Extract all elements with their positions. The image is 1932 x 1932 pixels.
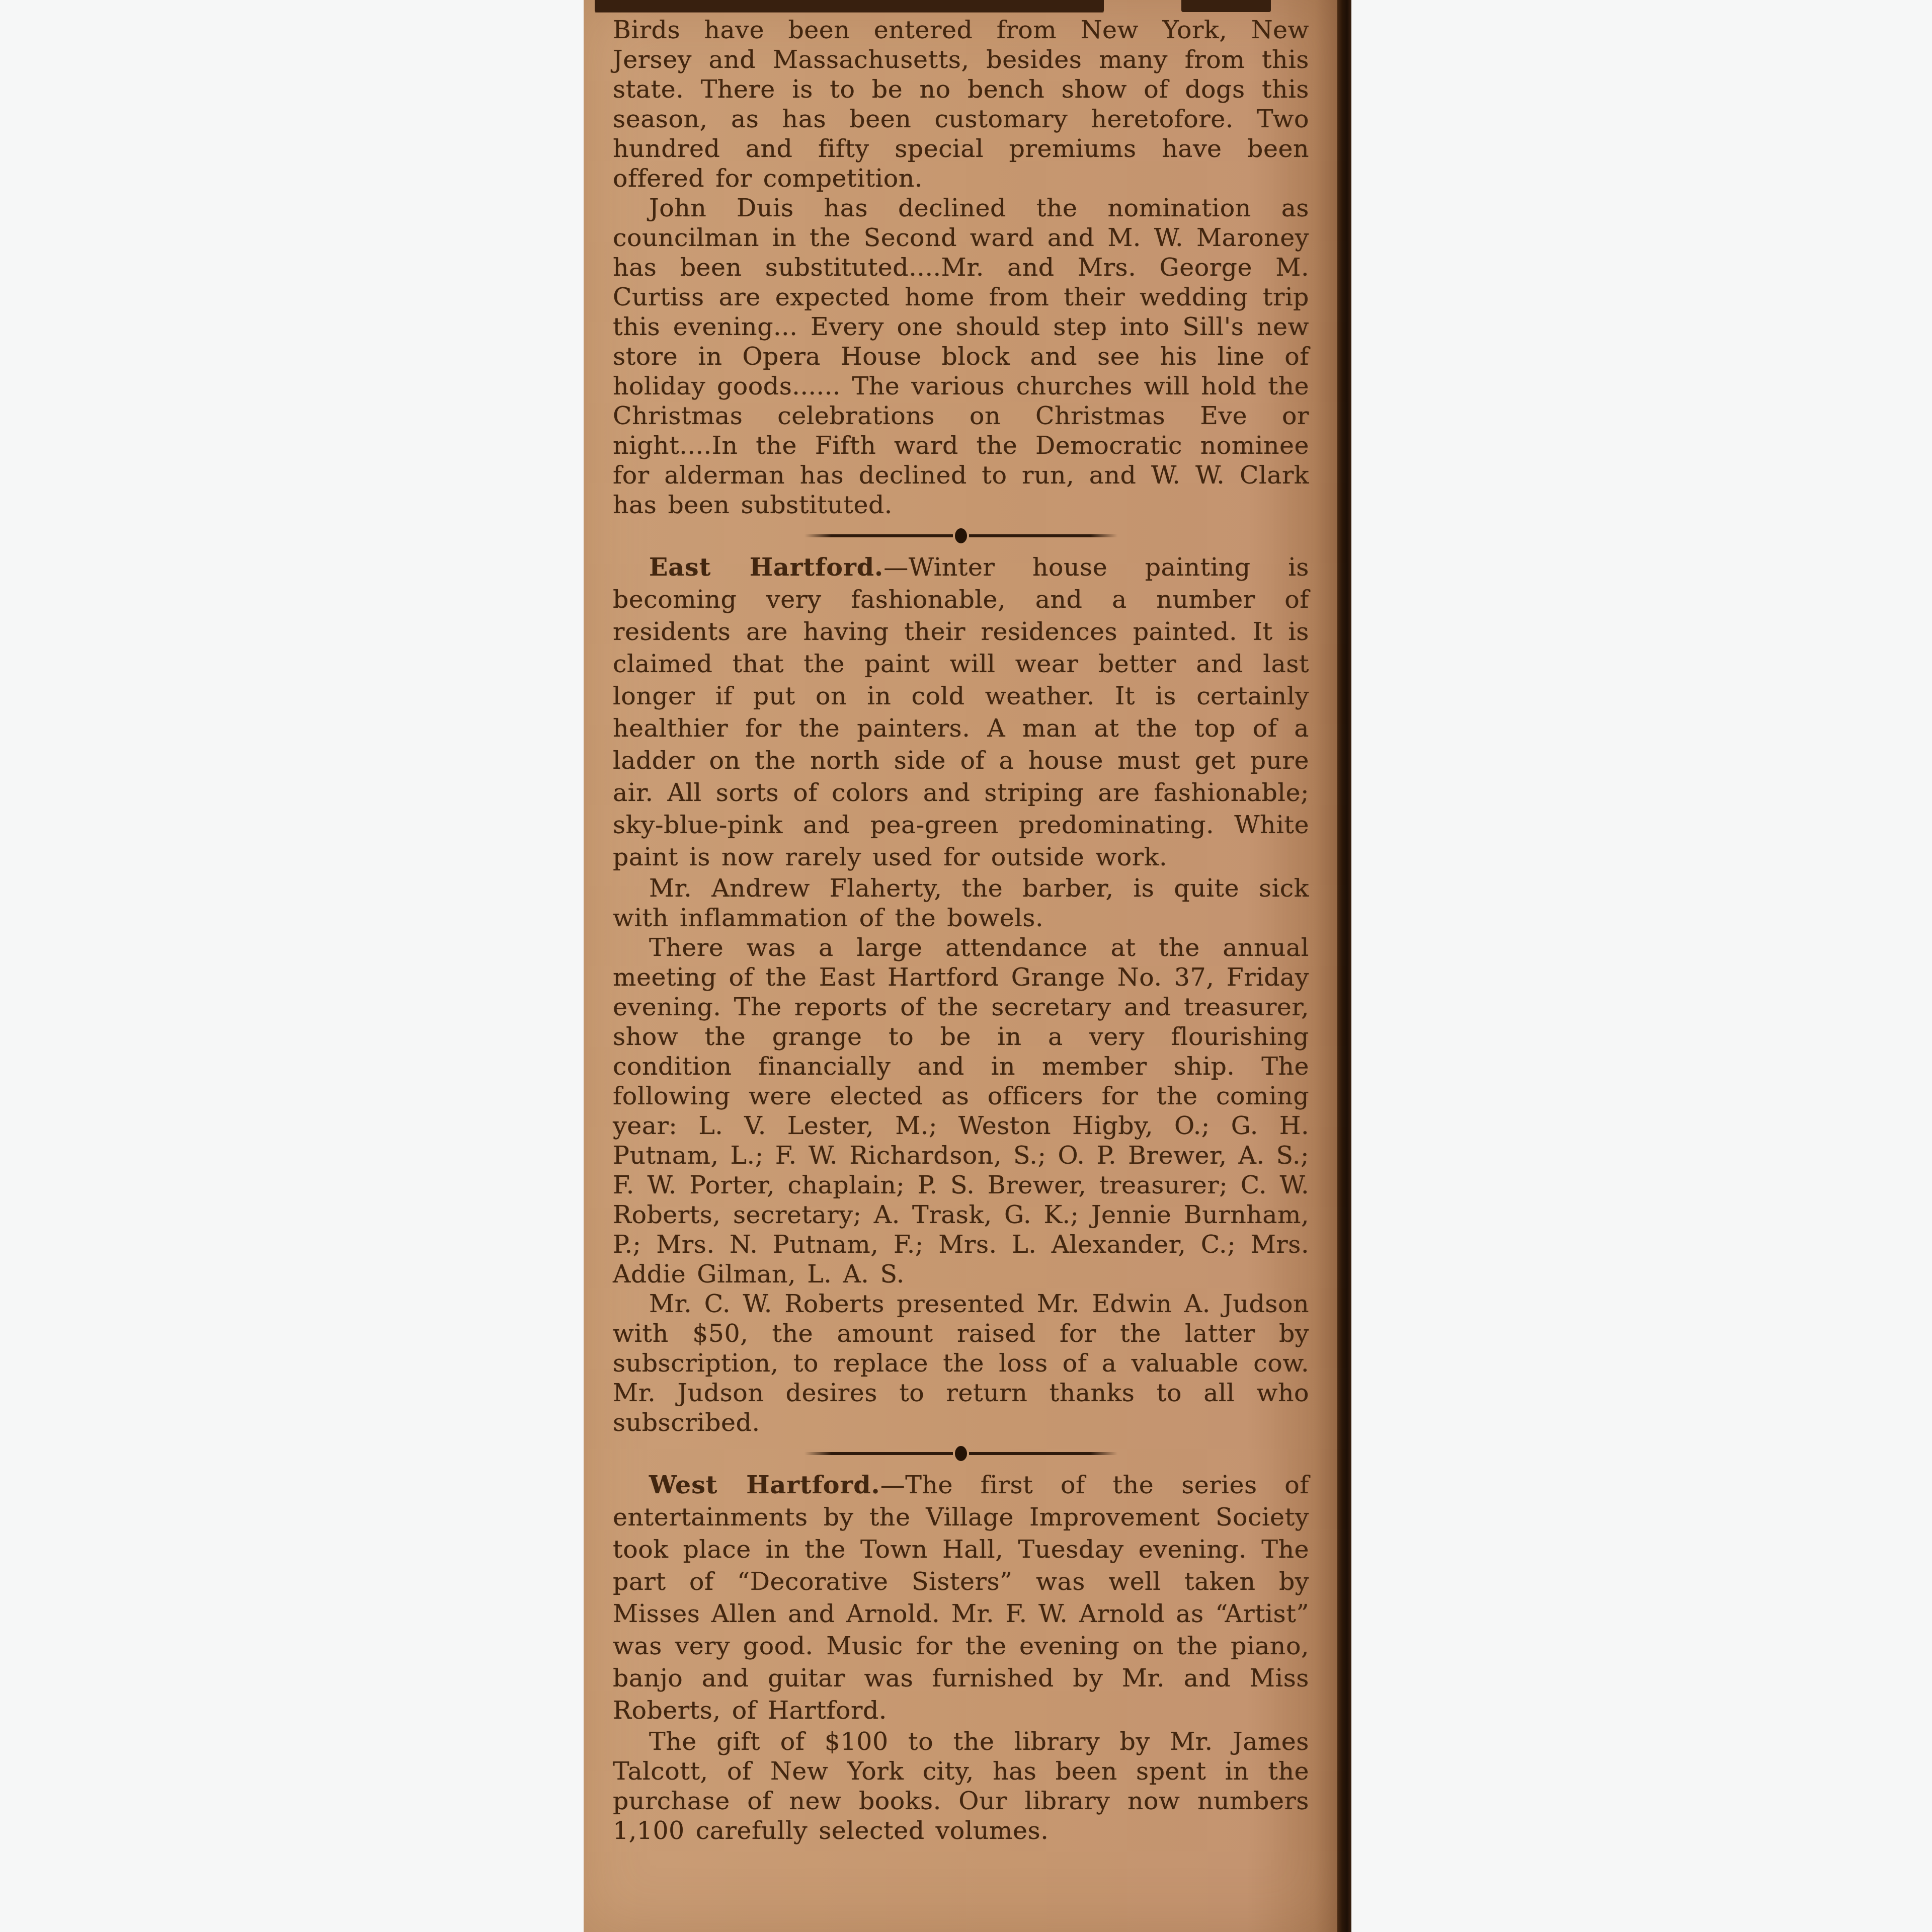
- paragraph-east-hartford-lead: East Hartford.—Winter house painting is …: [613, 551, 1309, 873]
- west-hartford-heading: West Hartford.: [649, 1470, 880, 1499]
- paragraph-west-hartford-lead: West Hartford.—The first of the series o…: [613, 1469, 1309, 1727]
- section-divider: [613, 523, 1309, 549]
- newspaper-clipping: Birds have been entered from New York, N…: [584, 0, 1351, 1932]
- scanned-page: Birds have been entered from New York, N…: [0, 0, 1932, 1932]
- cut-off-line-fragment: [595, 0, 1104, 12]
- divider-rule-right: [969, 534, 1117, 537]
- east-hartford-heading: East Hartford.: [649, 552, 883, 582]
- divider-rule-left: [804, 534, 953, 537]
- paragraph-bird-show: Birds have been entered from New York, N…: [613, 15, 1309, 193]
- divider-rule-right: [969, 1452, 1117, 1455]
- paragraph-grange-meeting: There was a large attendance at the annu…: [613, 933, 1309, 1289]
- paragraph-library-gift: The gift of $100 to the library by Mr. J…: [613, 1727, 1309, 1845]
- clipping-torn-edge: [1337, 0, 1351, 1932]
- east-hartford-lead-text: —Winter house painting is becoming very …: [613, 553, 1309, 871]
- west-hartford-lead-text: —The first of the series of entertainmen…: [613, 1471, 1309, 1725]
- divider-dot: [955, 1446, 967, 1461]
- section-divider: [613, 1440, 1309, 1467]
- divider-rule-left: [804, 1452, 953, 1455]
- divider-dot: [955, 528, 967, 543]
- news-column: Birds have been entered from New York, N…: [613, 15, 1309, 1845]
- clipping-paper: Birds have been entered from New York, N…: [584, 0, 1337, 1932]
- paragraph-judson-cow: Mr. C. W. Roberts presented Mr. Edwin A.…: [613, 1289, 1309, 1437]
- paragraph-flaherty: Mr. Andrew Flaherty, the barber, is quit…: [613, 873, 1309, 933]
- cut-off-line-fragment: [1181, 0, 1271, 12]
- paragraph-local-notes: John Duis has declined the nomination as…: [613, 193, 1309, 520]
